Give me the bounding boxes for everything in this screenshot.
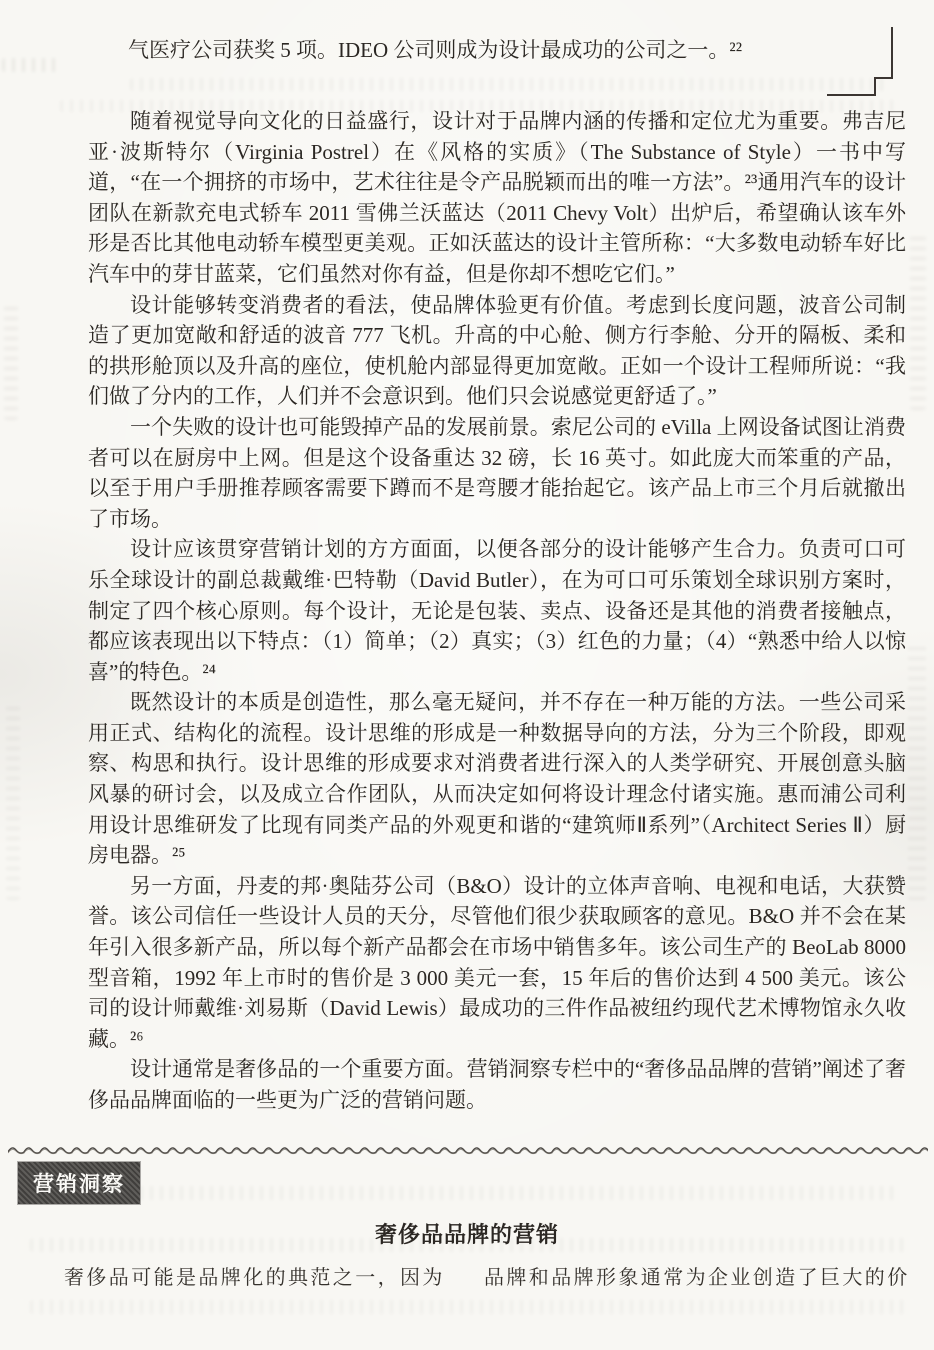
insight-heading: 奢侈品品牌的营销	[0, 1218, 934, 1249]
bleed-smudge	[910, 230, 926, 410]
bleed-smudge	[30, 1300, 910, 1314]
corner-crop-mark	[820, 20, 920, 110]
bleed-smudge	[80, 1186, 900, 1200]
paragraph: 一个失败的设计也可能毁掉产品的发展前景。索尼公司的 eVilla 上网设备试图让…	[88, 412, 906, 534]
bleed-smudge	[4, 300, 18, 420]
bleed-smudge	[6, 700, 20, 900]
insight-left-column: 奢侈品可能是品牌化的典范之一，因为	[64, 1264, 456, 1292]
wavy-divider	[8, 1144, 928, 1156]
insight-right-column: 品牌和品牌形象通常为企业创造了巨大的价	[484, 1264, 914, 1292]
paragraph: 设计能够转变消费者的看法，使品牌体验更有价值。考虑到长度问题，波音公司制造了更加…	[88, 290, 906, 412]
continuation-line: 气医疗公司获奖 5 项。IDEO 公司则成为设计最成功的公司之一。²²	[128, 36, 908, 64]
paragraph: 设计通常是奢侈品的一个重要方面。营销洞察专栏中的“奢侈品品牌的营销”阐述了奢侈品…	[88, 1054, 906, 1115]
paragraph: 既然设计的本质是创造性，那么毫无疑问，并不存在一种万能的方法。一些公司采用正式、…	[88, 687, 906, 871]
book-page: 气医疗公司获奖 5 项。IDEO 公司则成为设计最成功的公司之一。²² 随着视觉…	[0, 0, 934, 1350]
paragraph: 随着视觉导向文化的日益盛行，设计对于品牌内涵的传播和定位尤为重要。弗吉尼亚·波斯…	[88, 106, 906, 290]
marketing-insight-badge: 营销洞察	[18, 1162, 140, 1204]
marketing-insight-badge-label: 营销洞察	[33, 1168, 125, 1198]
bleed-smudge	[130, 78, 890, 91]
paragraph: 设计应该贯穿营销计划的方方面面，以便各部分的设计能够产生合力。负责可口可乐全球设…	[88, 534, 906, 687]
body-text-column: 随着视觉导向文化的日益盛行，设计对于品牌内涵的传播和定位尤为重要。弗吉尼亚·波斯…	[88, 106, 906, 1116]
bleed-smudge	[908, 640, 926, 900]
paragraph: 另一方面，丹麦的邦·奥陆芬公司（B&O）设计的立体声音响、电视和电话，大获赞誉。…	[88, 871, 906, 1055]
bleed-smudge	[2, 58, 62, 72]
